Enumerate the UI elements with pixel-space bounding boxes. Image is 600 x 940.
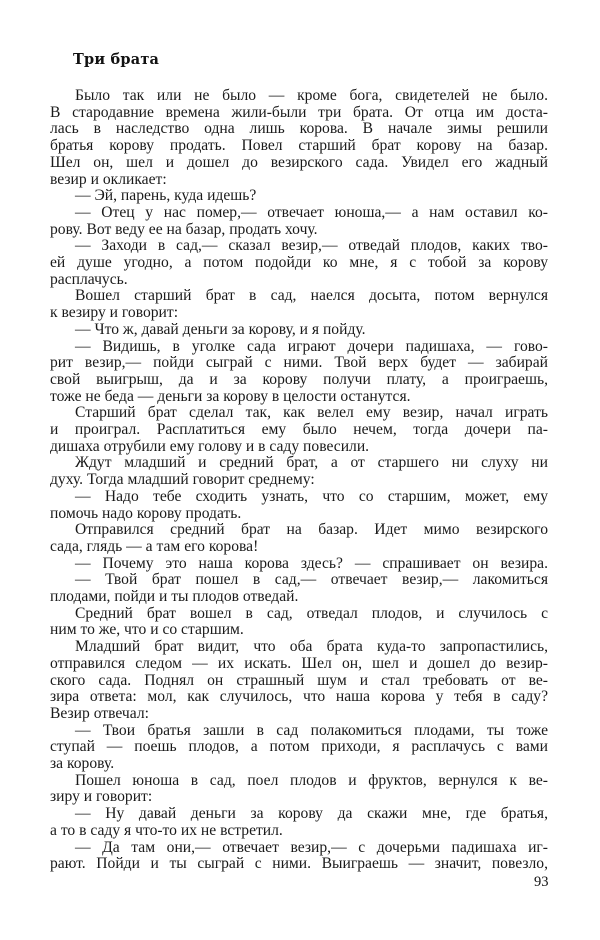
- text-line: тоже не беда — деньги за корову в целост…: [50, 388, 548, 405]
- text-line: — Что ж, давай деньги за корову, и я пой…: [75, 321, 548, 338]
- text-line: Шел он, шел и дошел до везирского сада. …: [50, 154, 548, 171]
- story-title: Три брата: [73, 51, 159, 68]
- text-line: плодами, пойди и ты плодов отведай.: [50, 588, 548, 605]
- text-line: В стародавние времена жили-были три брат…: [50, 104, 548, 121]
- text-line: к везиру и говорит:: [50, 304, 548, 321]
- text-line: за корову.: [50, 755, 548, 772]
- text-line: дишаха отрубили ему голову и в саду пове…: [50, 438, 548, 455]
- text-line: рают. Пойди и ты сыграй с ними. Выиграеш…: [50, 855, 548, 872]
- page-number: 93: [534, 874, 549, 891]
- text-line: везир и окликает:: [50, 171, 548, 188]
- text-line: — Ну давай деньги за корову да скажи мне…: [75, 805, 548, 822]
- text-line: ей душе угодно, а потом подойди ко мне, …: [50, 254, 548, 271]
- book-page: Три брата Было так или не было — кроме б…: [0, 0, 600, 940]
- text-line: помочь надо корову продать.: [50, 505, 548, 522]
- text-line: — Видишь, в уголке сада играют дочери па…: [75, 338, 548, 355]
- text-line: свой выигрыш, да и за корову получи плат…: [50, 371, 548, 388]
- text-line: рит везир,— пойди сыграй с ними. Твой ве…: [50, 354, 548, 371]
- text-line: — Почему это наша корова здесь? — спраши…: [75, 555, 548, 572]
- text-line: а то в саду я что-то их не встретил.: [50, 822, 548, 839]
- text-line: зиру и говорит:: [50, 788, 548, 805]
- text-line: Средний брат вошел в сад, отведал плодов…: [75, 605, 548, 622]
- text-line: — Да там они,— отвечает везир,— с дочерь…: [75, 839, 548, 856]
- text-line: духу. Тогда младший говорит среднему:: [50, 471, 548, 488]
- text-line: братья корову продать. Повел старший бра…: [50, 137, 548, 154]
- text-line: и проиграл. Расплатиться ему было нечем,…: [50, 421, 548, 438]
- text-line: ним то же, что и со старшим.: [50, 621, 548, 638]
- text-line: ступай — поешь плодов, а потом приходи, …: [50, 738, 548, 755]
- text-line: отправился следом — их искать. Шел он, ш…: [50, 655, 548, 672]
- text-line: — Эй, парень, куда идешь?: [75, 187, 548, 204]
- text-line: сада, глядь — а там его корова!: [50, 538, 548, 555]
- text-line: Везир отвечал:: [50, 705, 548, 722]
- text-line: Ждут младший и средний брат, а от старше…: [75, 454, 548, 471]
- text-line: зира ответа: мол, как случилось, что наш…: [50, 688, 548, 705]
- text-line: ского сада. Поднял он страшный шум и ста…: [50, 672, 548, 689]
- text-line: Пошел юноша в сад, поел плодов и фруктов…: [75, 772, 548, 789]
- text-line: — Заходи в сад,— сказал везир,— отведай …: [75, 237, 548, 254]
- text-line: лась в наследство одна лишь корова. В на…: [50, 120, 548, 137]
- text-line: расплачусь.: [50, 271, 548, 288]
- text-line: Младший брат видит, что оба брата куда-т…: [75, 638, 548, 655]
- text-line: — Твой брат пошел в сад,— отвечает везир…: [75, 571, 548, 588]
- text-line: — Надо тебе сходить узнать, что со старш…: [75, 488, 548, 505]
- text-line: — Твои братья зашли в сад полакомиться п…: [75, 722, 548, 739]
- text-line: Было так или не было — кроме бога, свиде…: [75, 87, 548, 104]
- text-line: Старший брат сделал так, как велел ему в…: [75, 404, 548, 421]
- text-line: — Отец у нас помер,— отвечает юноша,— а …: [75, 204, 548, 221]
- text-line: Отправился средний брат на базар. Идет м…: [75, 521, 548, 538]
- text-line: Вошел старший брат в сад, наелся досыта,…: [75, 287, 548, 304]
- text-line: рову. Вот веду ее на базар, продать хочу…: [50, 221, 548, 238]
